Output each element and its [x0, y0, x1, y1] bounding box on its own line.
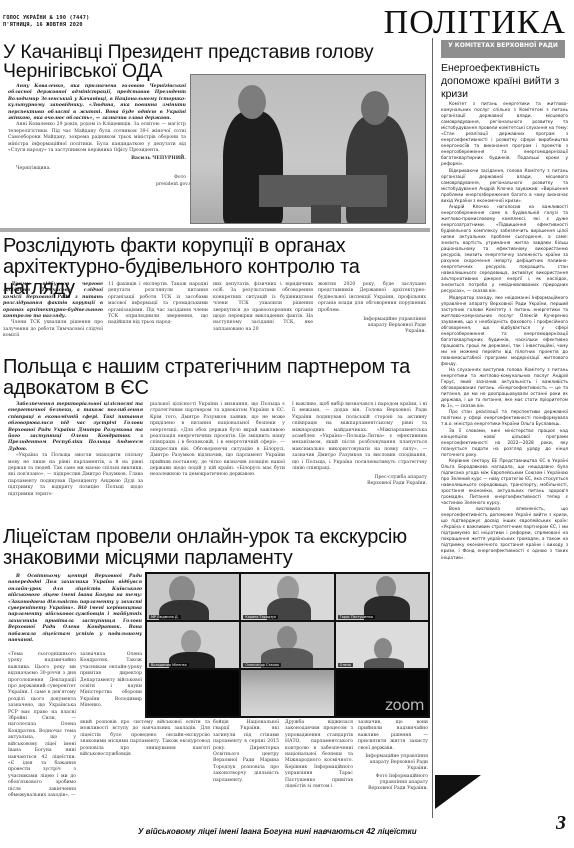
article4-col2a: зазначила Олена Кондратюк. Також учасник…: [80, 652, 142, 710]
face: [374, 638, 392, 660]
article1-text: Анні Коваленко 29 років, родом із Кліщев…: [8, 122, 186, 154]
sidebar-paragraph: За її словами, нині міністерство працює …: [441, 429, 568, 459]
video-tile-classroom: [241, 670, 333, 716]
article1-photo: [190, 74, 426, 224]
footer-caption: У військовому ліцеї імені Івана Богуна н…: [138, 827, 428, 836]
sidebar-paragraph: Андрій Клочко наголосив на важливості ен…: [441, 205, 568, 296]
photo-figure-woman: [346, 115, 408, 224]
video-tile: MP Людмила Д.: [147, 574, 239, 620]
article2-col3: них депутатів, фізичних і юридичних осіб…: [213, 282, 313, 333]
sidebar-paragraph: Відкриваючи засідання, голова Комітету з…: [441, 169, 568, 205]
participant-name: Олена: [338, 663, 353, 667]
article4-col2b: який розповів про систему військової осв…: [80, 720, 210, 758]
body: [364, 658, 404, 668]
article4-col5: зазначив, що вони прийняли надзвичайно в…: [358, 720, 428, 792]
article3-col3-text: І важливо, щоб вибір визначався і народо…: [292, 402, 427, 472]
sidebar-paragraph: Про стан реалізації та перспективи держа…: [441, 410, 568, 428]
participant-name: Олександр Стасюк: [243, 663, 281, 667]
photo-podium: [259, 175, 387, 207]
article3-source: Прес-служба апарату Верховної Ради Украї…: [292, 475, 427, 487]
video-tile: Володимир Міненко: [147, 622, 239, 668]
page-number: 3: [556, 812, 566, 835]
article1-photo-credit: Фото president.gov.ua.: [156, 175, 186, 188]
face: [277, 626, 297, 650]
video-tile: Олена: [336, 622, 428, 668]
article2-lead: Днями відбулося чергове засідання Тимчас…: [3, 282, 103, 320]
article4-source: Інформаційне управління апарату Верховно…: [358, 754, 428, 772]
article2-col4: жовтня 2020 року, буде заслухано предста…: [318, 282, 426, 335]
participant-name: MP Людмила Д.: [149, 615, 181, 619]
article2-col2: 11 фахівців і експертів. Також народні д…: [108, 282, 208, 327]
article4-col3: бойців Національної гвардії України, які…: [213, 720, 279, 784]
photo-head: [238, 85, 266, 119]
article1-body: Анну Коваленко, яка призначена головою Ч…: [8, 84, 186, 188]
article3-col2: ріальної цілісності України і визнання, …: [150, 402, 285, 479]
sidebar-paragraph: Вона висловила впевненість, що енергоефе…: [441, 507, 568, 561]
participant-name: Тарас Пастушенко: [338, 615, 375, 619]
participant-name: Карина Тородзук: [243, 615, 278, 619]
section-title: ПОЛІТИКА: [384, 6, 566, 40]
article2-col1: Днями відбулося чергове засідання Тимчас…: [3, 282, 103, 340]
photo-figure-president: [223, 111, 283, 224]
page-corner-fold: [435, 775, 481, 809]
article3-headline: Польща є нашим стратегічним партнером та…: [3, 357, 428, 399]
article4-col5-text: зазначив, що вони прийняли надзвичайно в…: [358, 720, 428, 752]
video-tile: Тарас Пастушенко: [336, 574, 428, 620]
article3-col3: І важливо, щоб вибір визначався і народо…: [292, 402, 427, 487]
issue-date: П'ЯТНИЦЯ, 16 ЖОВТНЯ 2020: [3, 22, 89, 29]
article4-lead-block: В Освітньому центрі Верховної Ради напер…: [8, 574, 142, 644]
video-tile-empty: [147, 670, 239, 716]
sidebar-paragraph: Керівник сектору ЕЕ Представництва ЄС в …: [441, 459, 568, 507]
article4-photo-credit: Фото Інформаційного управління апарату В…: [358, 774, 428, 792]
article3-col1-text: «Україна та Польща змогли знаходити спіл…: [8, 453, 143, 498]
article4-lead: В Освітньому центрі Верховної Ради напер…: [8, 574, 142, 644]
article3-lead: Забезпечення територіальної цілісності т…: [8, 402, 143, 453]
article4-headline: Ліцеїстам провели онлайн-урок та екскурс…: [3, 527, 428, 569]
article1-location: Чернігівщина.: [8, 166, 186, 172]
article2-col4-text: жовтня 2020 року, буде заслухано предста…: [318, 282, 426, 314]
article4-col4: Дружба віджилася законодавчим процесом з…: [285, 720, 353, 790]
photo-head: [361, 91, 389, 125]
article1-author: Василь ЧЕПУРНИЙ.: [8, 156, 186, 162]
photo-podium-base: [311, 205, 341, 224]
video-tile: Олександр Стасюк: [241, 622, 333, 668]
sidebar-paragraph: На слуханнях виступив голова Комітету з …: [441, 368, 568, 410]
sidebar-paragraph: Комітет з питань енергетики та житлово-к…: [441, 102, 568, 169]
zoom-logo: zoom: [385, 696, 424, 714]
video-tile: Карина Тородзук: [241, 574, 333, 620]
sidebar-headline: Енергоефективність допоможе країні вийти…: [441, 62, 567, 101]
sidebar-section-label: У КОМІТЕТАХ ВЕРХОВНОЇ РАДИ: [441, 40, 565, 58]
video-tile-empty: zoom: [336, 670, 428, 716]
masthead-info: ГОЛОС УКРАЇНИ № 190 (7447) П'ЯТНИЦЯ, 16 …: [3, 15, 89, 29]
participant-name: Володимир Міненко: [149, 663, 189, 667]
article1-lead: Анну Коваленко, яка призначена головою Ч…: [8, 84, 186, 122]
article4-col2: зазначила Олена Кондратюк. Також учасник…: [80, 652, 142, 710]
article4-col1: «Тема сьогоднішнього уроку надзвичайно в…: [8, 652, 76, 799]
article2-source: Інформаційне управління апарату Верховно…: [318, 317, 426, 335]
issue-number: ГОЛОС УКРАЇНИ № 190 (7447): [3, 15, 89, 22]
article3-col1: Забезпечення територіальної цілісності т…: [8, 402, 143, 498]
sidebar-body: Комітет з питань енергетики та житлово-к…: [441, 102, 568, 562]
face: [181, 630, 201, 654]
article2-col1-text: Члени ТСК ухвалили рішення про залучення…: [3, 320, 103, 339]
divider: [0, 228, 430, 232]
video-conference-screenshot: MP Людмила Д. Карина Тородзук Тарас Паст…: [145, 572, 430, 718]
sidebar-paragraph: Модератор заходу, яке неідоманні Інформа…: [441, 296, 568, 369]
